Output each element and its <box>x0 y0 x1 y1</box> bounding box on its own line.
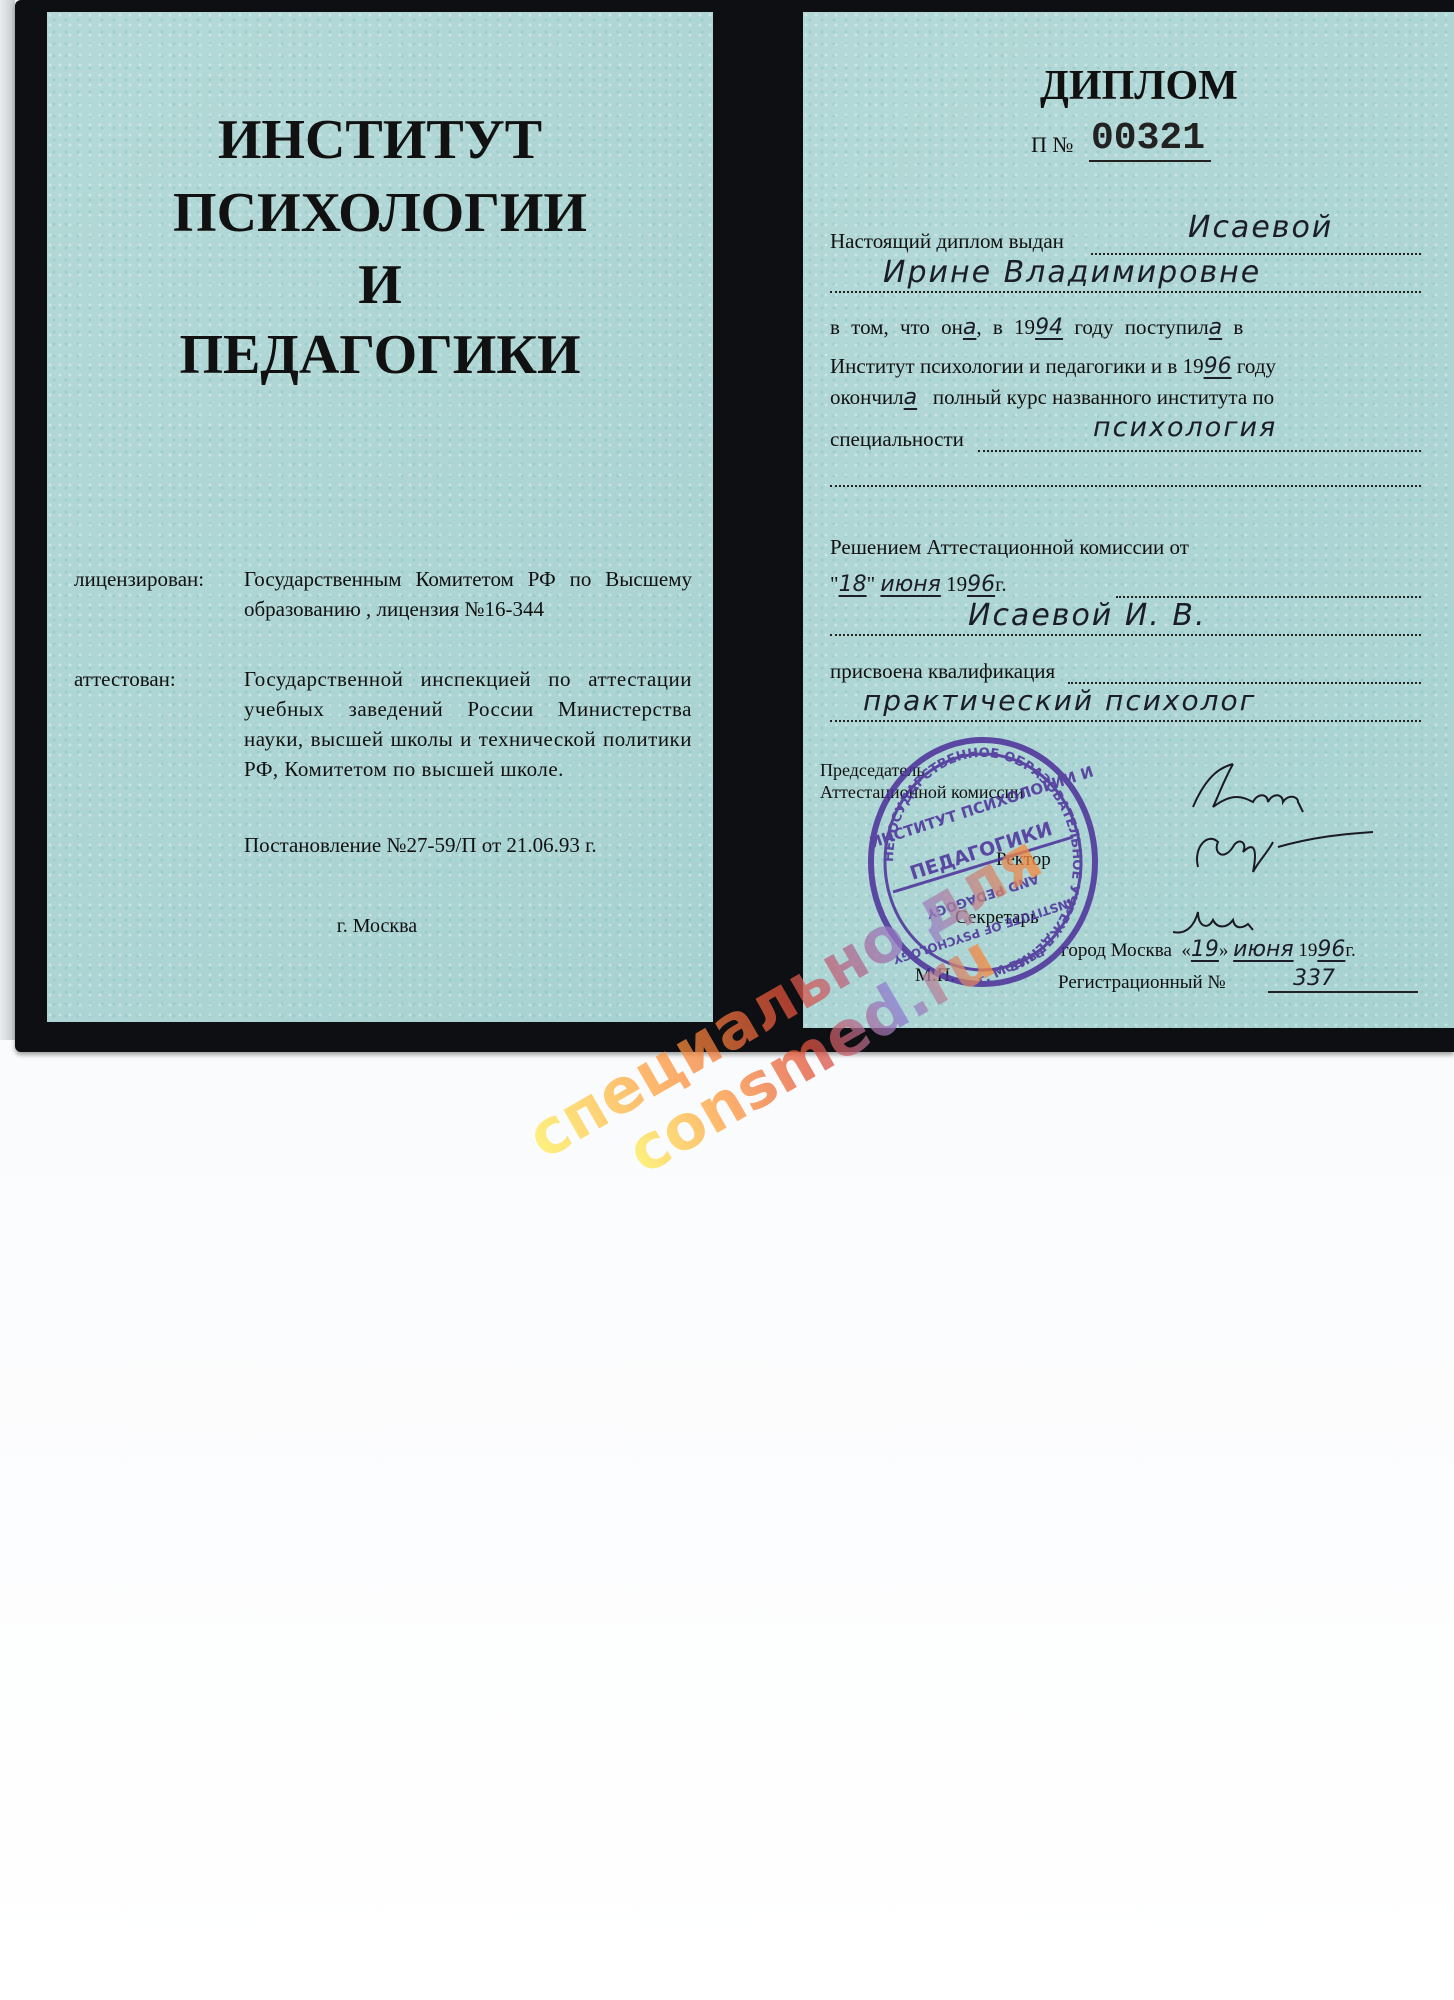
signatures-svg <box>1173 752 1403 952</box>
issued-to-label: Настоящий диплом выдан <box>830 229 1064 254</box>
institute-title-line-4: ПЕДАГОГИКИ <box>47 327 713 383</box>
gender-suffix-2: а <box>1209 315 1222 340</box>
right-page: ДИПЛОМ П № 00321 Настоящий диплом выдан … <box>803 12 1454 1028</box>
issue-month: июня <box>1233 937 1293 962</box>
gender-suffix-1: а <box>963 315 976 340</box>
scanner-edge <box>0 0 15 1040</box>
entered-line: в том, что она, в 1994 году поступила в <box>830 315 1243 340</box>
decision-month: июня <box>880 572 940 597</box>
recipient-short: Исаевой И. В. <box>968 598 1206 633</box>
institute-line: Институт психологии и педагогики и в 199… <box>830 354 1276 379</box>
attested-text: Государственной инспекцией по аттестации… <box>244 664 692 784</box>
attested-label: аттестован: <box>74 667 176 692</box>
recipient-short-dotline <box>830 634 1421 636</box>
diploma-title: ДИПЛОМ <box>1040 62 1238 110</box>
institute-title-line-1: ИНСТИТУТ <box>47 112 713 168</box>
entered-in: в <box>1233 315 1243 339</box>
qualification-label: присвоена квалификация <box>830 659 1055 684</box>
finished-rest: полный курс названного института по <box>933 385 1274 409</box>
chairman-signature <box>1193 764 1303 812</box>
graduated-year: 96 <box>1204 354 1232 379</box>
institute-line-text: Институт психологии и педагогики и в 19 <box>830 354 1204 378</box>
issue-year: 96 <box>1317 937 1345 962</box>
entered-prefix: , в 19 <box>976 315 1035 339</box>
specialty-dotline <box>978 450 1421 452</box>
decision-year-suffix: г. <box>995 572 1007 596</box>
city-moscow: г. Москва <box>87 915 667 938</box>
given-names-dotline <box>830 291 1421 293</box>
specialty-dotline-2 <box>830 485 1421 487</box>
specialty-label: специальности <box>830 427 964 452</box>
resolution-text: Постановление №27-59/П от 21.06.93 г. <box>244 830 692 860</box>
entered-text: году поступил <box>1074 315 1208 339</box>
finished-label: окончил <box>830 385 904 409</box>
issue-date-line: город Москва «19» июня 1996г. <box>1061 937 1356 962</box>
issue-day: 19 <box>1191 937 1219 962</box>
diploma-number: 00321 <box>1089 118 1211 162</box>
licensed-text: Государственным Комитетом РФ по Высшему … <box>244 564 692 624</box>
reg-number: 337 <box>1268 966 1418 993</box>
graduated-word: году <box>1237 354 1276 378</box>
decision-year: 96 <box>967 572 995 597</box>
left-page: ИНСТИТУТ ПСИХОЛОГИИ И ПЕДАГОГИКИ лицензи… <box>47 12 713 1022</box>
specialty-value: психология <box>1093 412 1277 443</box>
rector-signature <box>1197 832 1373 872</box>
secretary-signature <box>1173 912 1253 932</box>
licensed-label: лицензирован: <box>74 567 204 592</box>
qualification-dotline-2 <box>830 720 1421 722</box>
qualification-value: практический психолог <box>863 684 1256 717</box>
issue-year-suffix: г. <box>1345 940 1355 961</box>
diploma-series: П № <box>1031 132 1073 158</box>
institute-title-line-3: И <box>47 257 713 313</box>
recipient-given-names: Ирине Владимировне <box>883 255 1261 290</box>
decision-year-prefix: 19 <box>946 572 967 596</box>
recipient-surname: Исаевой <box>1188 210 1333 245</box>
finished-line: окончила полный курс названного институт… <box>830 385 1274 410</box>
institute-title-line-2: ПСИХОЛОГИИ <box>47 185 713 241</box>
line-that-she: в том, что он <box>830 315 963 339</box>
decision-day: 18 <box>839 572 867 597</box>
gender-suffix-3: а <box>904 385 917 410</box>
entered-year: 94 <box>1035 315 1063 340</box>
decision-date: "18" июня 1996г. <box>830 572 1007 597</box>
issue-year-prefix: 19 <box>1298 940 1317 961</box>
decision-label: Решением Аттестационной комиссии от <box>830 535 1189 560</box>
